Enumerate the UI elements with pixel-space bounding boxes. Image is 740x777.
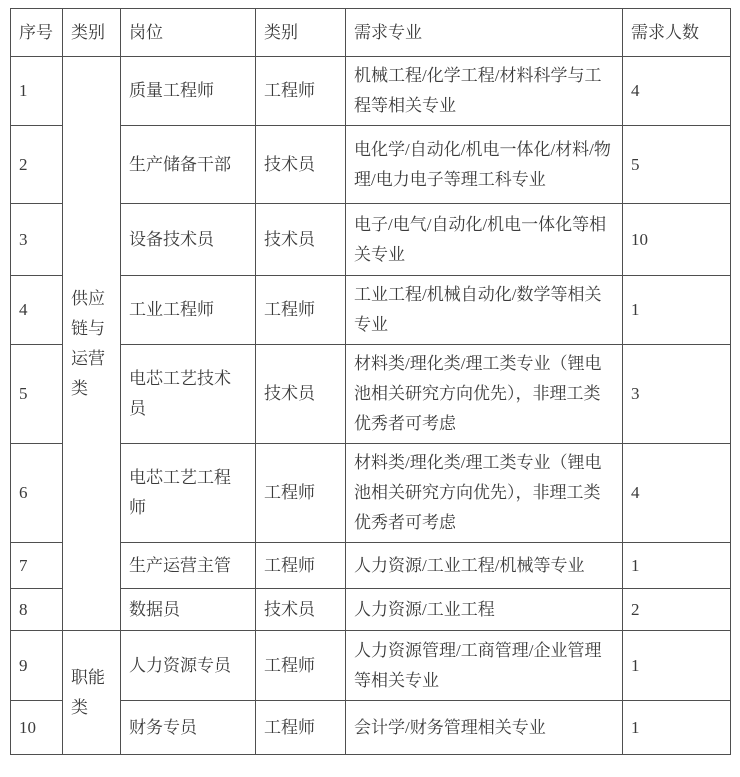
column-header-type: 类别 [256,9,346,57]
cell-type: 技术员 [256,126,346,204]
cell-majors: 工业工程/机械自动化/数学等相关专业 [346,276,623,345]
column-header-headcount: 需求人数 [623,9,731,57]
header-row: 序号类别岗位类别需求专业需求人数 [11,9,731,57]
cell-headcount: 1 [623,701,731,755]
cell-type: 工程师 [256,543,346,589]
cell-headcount: 10 [623,204,731,276]
cell-index: 7 [11,543,63,589]
cell-type: 技术员 [256,345,346,444]
cell-position: 电芯工艺技术员 [121,345,256,444]
cell-majors: 电子/电气/自动化/机电一体化等相关专业 [346,204,623,276]
cell-position: 电芯工艺工程师 [121,444,256,543]
cell-majors: 电化学/自动化/机电一体化/材料/物理/电力电子等理工科专业 [346,126,623,204]
cell-index: 10 [11,701,63,755]
cell-type: 工程师 [256,701,346,755]
cell-headcount: 1 [623,631,731,701]
cell-position: 财务专员 [121,701,256,755]
cell-position: 数据员 [121,589,256,631]
table-row: 1供应链与运营类质量工程师工程师机械工程/化学工程/材料科学与工程等相关专业4 [11,57,731,126]
cell-index: 2 [11,126,63,204]
cell-position: 设备技术员 [121,204,256,276]
column-header-index: 序号 [11,9,63,57]
cell-type: 工程师 [256,57,346,126]
cell-position: 工业工程师 [121,276,256,345]
cell-index: 9 [11,631,63,701]
cell-headcount: 5 [623,126,731,204]
cell-index: 3 [11,204,63,276]
cell-index: 5 [11,345,63,444]
cell-headcount: 4 [623,57,731,126]
cell-category: 职能类 [63,631,121,755]
cell-type: 工程师 [256,444,346,543]
cell-majors: 材料类/理化类/理工类专业（锂电池相关研究方向优先），非理工类优秀者可考虑 [346,345,623,444]
cell-headcount: 1 [623,276,731,345]
column-header-category: 类别 [63,9,121,57]
cell-type: 工程师 [256,276,346,345]
cell-position: 生产储备干部 [121,126,256,204]
cell-headcount: 4 [623,444,731,543]
cell-position: 质量工程师 [121,57,256,126]
cell-index: 4 [11,276,63,345]
cell-headcount: 1 [623,543,731,589]
cell-index: 8 [11,589,63,631]
page-content: 序号类别岗位类别需求专业需求人数 1供应链与运营类质量工程师工程师机械工程/化学… [0,0,740,755]
column-header-majors: 需求专业 [346,9,623,57]
cell-majors: 人力资源/工业工程/机械等专业 [346,543,623,589]
cell-index: 1 [11,57,63,126]
cell-majors: 机械工程/化学工程/材料科学与工程等相关专业 [346,57,623,126]
cell-type: 技术员 [256,589,346,631]
recruitment-table: 序号类别岗位类别需求专业需求人数 1供应链与运营类质量工程师工程师机械工程/化学… [10,8,731,755]
cell-headcount: 2 [623,589,731,631]
cell-type: 技术员 [256,204,346,276]
table-body: 1供应链与运营类质量工程师工程师机械工程/化学工程/材料科学与工程等相关专业42… [11,57,731,755]
cell-majors: 人力资源/工业工程 [346,589,623,631]
table-row: 9职能类人力资源专员工程师人力资源管理/工商管理/企业管理等相关专业1 [11,631,731,701]
cell-majors: 会计学/财务管理相关专业 [346,701,623,755]
cell-position: 生产运营主管 [121,543,256,589]
cell-type: 工程师 [256,631,346,701]
column-header-position: 岗位 [121,9,256,57]
cell-majors: 材料类/理化类/理工类专业（锂电池相关研究方向优先），非理工类优秀者可考虑 [346,444,623,543]
cell-position: 人力资源专员 [121,631,256,701]
cell-category: 供应链与运营类 [63,57,121,631]
cell-majors: 人力资源管理/工商管理/企业管理等相关专业 [346,631,623,701]
cell-headcount: 3 [623,345,731,444]
table-header: 序号类别岗位类别需求专业需求人数 [11,9,731,57]
cell-index: 6 [11,444,63,543]
